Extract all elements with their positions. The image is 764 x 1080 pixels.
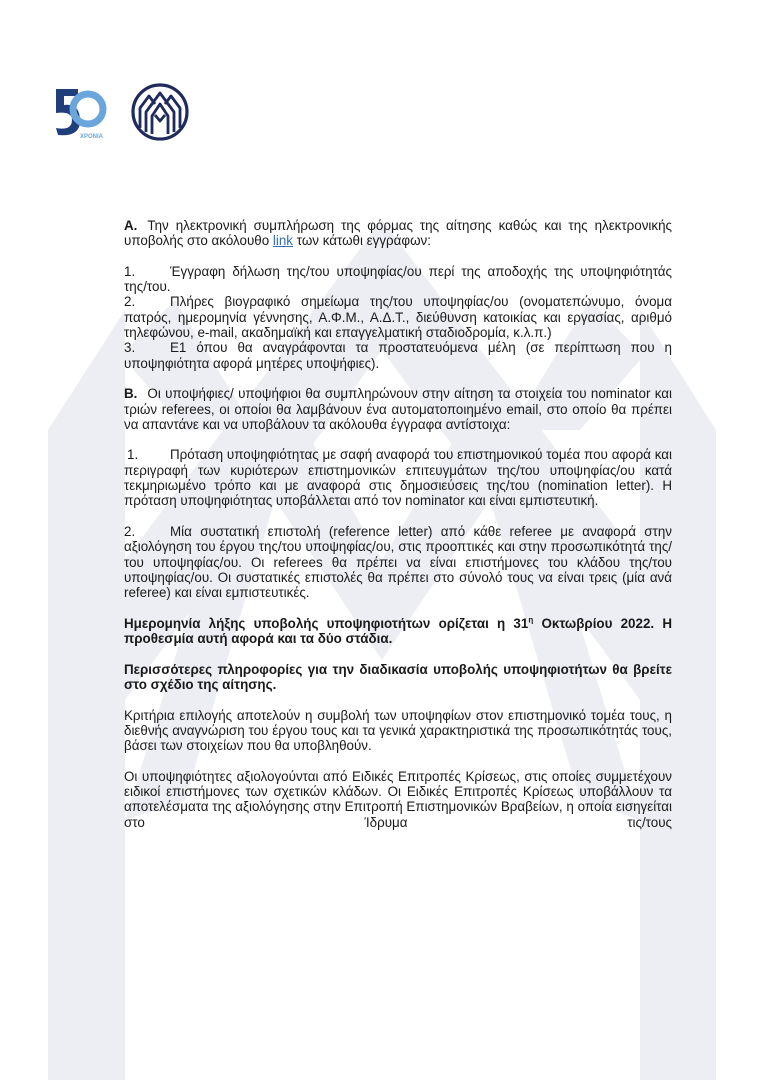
anniversary-50-logo: ΧΡΟΝΙΑ xyxy=(50,83,108,141)
section-b-item-1: 1.Πρόταση υποψηφιότητας με σαφή αναφορά … xyxy=(124,447,672,508)
more-info-notice: Περισσότερες πληροφορίες για την διαδικα… xyxy=(124,662,672,693)
selection-criteria: Κριτήρια επιλογής αποτελούν η συμβολή τω… xyxy=(124,708,672,754)
section-a-item-1: 1.Έγγραφη δήλωση της/του υποψηφίας/ου πε… xyxy=(124,264,672,295)
deadline-notice: Ημερομηνία λήξης υποβολής υποψηφιοτήτων … xyxy=(124,616,672,647)
arch-monogram-icon xyxy=(130,82,190,142)
section-a-item-3: 3.Ε1 όπου θα αναγράφονται τα προστατευόμ… xyxy=(124,340,672,371)
section-a-label: Α. xyxy=(124,218,137,233)
section-b-intro: Β.Οι υποψήφιες/ υποψήφιοι θα συμπληρώνου… xyxy=(124,386,672,432)
section-b-label: Β. xyxy=(124,386,137,401)
foundation-logo xyxy=(130,82,190,142)
section-b-item-2: 2.Μία συστατική επιστολή (reference lett… xyxy=(124,524,672,600)
evaluation-process: Οι υποψηφιότητες αξιολογούνται από Ειδικ… xyxy=(124,769,672,830)
section-a-item-2: 2.Πλήρες βιογραφικό σημείωμα της/του υπο… xyxy=(124,294,672,340)
section-a-intro: Α.Την ηλεκτρονική συμπλήρωση της φόρμας … xyxy=(124,218,672,249)
application-link[interactable]: link xyxy=(273,233,293,248)
svg-text:ΧΡΟΝΙΑ: ΧΡΟΝΙΑ xyxy=(80,134,104,140)
document-body: Α.Την ηλεκτρονική συμπλήρωση της φόρμας … xyxy=(124,218,672,830)
header-logos: ΧΡΟΝΙΑ xyxy=(50,82,190,142)
